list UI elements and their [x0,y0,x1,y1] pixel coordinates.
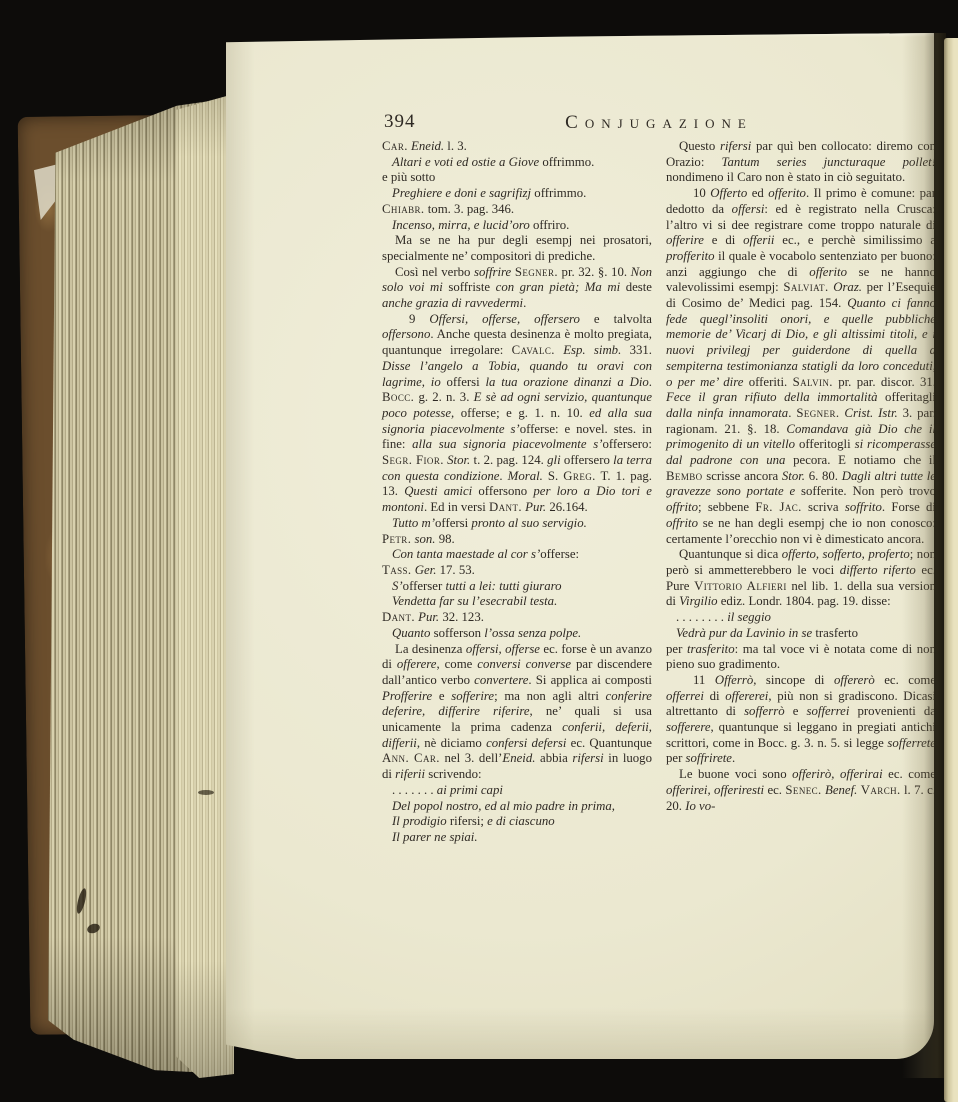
paragraph: 9 Offersi, offerse, offersero e talvolta… [382,312,652,516]
page-gutter-shadow [902,33,946,1078]
page-header-row: 394 Conjugazione [382,109,936,137]
verse-line: Del popol nostro, ed al mio padre in pri… [382,799,652,815]
paragraph: 10 Offerto ed offerito. Il primo è comun… [666,186,936,547]
verse-line: Incenso, mirra, e lucid’oro offriro. [382,218,652,234]
book-page: 394 Conjugazione Car. Eneid. l. 3.Altari… [226,33,934,1059]
verse-line: Altari e voti ed ostie a Giove offrimmo. [382,155,652,171]
ink-stain [198,790,214,795]
paragraph: La desinenza offersi, offerse ec. forse … [382,642,652,783]
verse-line: Vendetta far su l’esecrabil testa. [382,594,652,610]
paragraph: e più sotto [382,170,652,186]
verse-line: Il prodigio rifersi; e di ciascuno [382,814,652,830]
paragraph: Petr. son. 98. [382,532,652,548]
verse-line: Con tanta maestade al cor s’offerse: [382,547,652,563]
facing-page-sliver [944,38,958,1102]
text-column-left: Car. Eneid. l. 3.Altari e voti ed ostie … [382,139,652,846]
verse-line: . . . . . . . . il seggio [666,610,936,626]
text-column-right: Questo rifersi par quì ben collocato: di… [666,139,936,846]
page-text-block: 394 Conjugazione Car. Eneid. l. 3.Altari… [382,109,936,846]
paragraph: Questo rifersi par quì ben collocato: di… [666,139,936,186]
paragraph: Car. Eneid. l. 3. [382,139,652,155]
running-header: Conjugazione [382,112,936,134]
paragraph: Chiabr. tom. 3. pag. 346. [382,202,652,218]
verse-line: Vedrà pur da Lavinio in se trasferto [666,626,936,642]
paragraph: Le buone voci sono offerirò, offerirai e… [666,767,936,814]
paragraph: Quantunque si dica offerto, sofferto, pr… [666,547,936,610]
two-column-text: Car. Eneid. l. 3.Altari e voti ed ostie … [382,139,936,846]
paragraph: Dant. Pur. 32. 123. [382,610,652,626]
paragraph: Ma se ne ha pur degli esempj nei prosato… [382,233,652,264]
verse-line: Il parer ne spiai. [382,830,652,846]
paragraph: per trasferito: ma tal voce vi è notata … [666,642,936,673]
paragraph: Così nel verbo soffrire Segner. pr. 32. … [382,265,652,312]
verse-line: Quanto sofferson l’ossa senza polpe. [382,626,652,642]
verse-line: Tutto m’offersi pronto al suo servigio. [382,516,652,532]
page-stack-inner-leaves [176,88,234,1080]
verse-line: . . . . . . . ai primi capi [382,783,652,799]
paragraph: 11 Offerrò, sincope di offererò ec. come… [666,673,936,767]
paragraph: Tass. Ger. 17. 53. [382,563,652,579]
verse-line: S’offerser tutti a lei: tutti giuraro [382,579,652,595]
verse-line: Preghiere e doni e sagrifizj offrimmo. [382,186,652,202]
book-photo: 394 Conjugazione Car. Eneid. l. 3.Altari… [0,0,958,1102]
